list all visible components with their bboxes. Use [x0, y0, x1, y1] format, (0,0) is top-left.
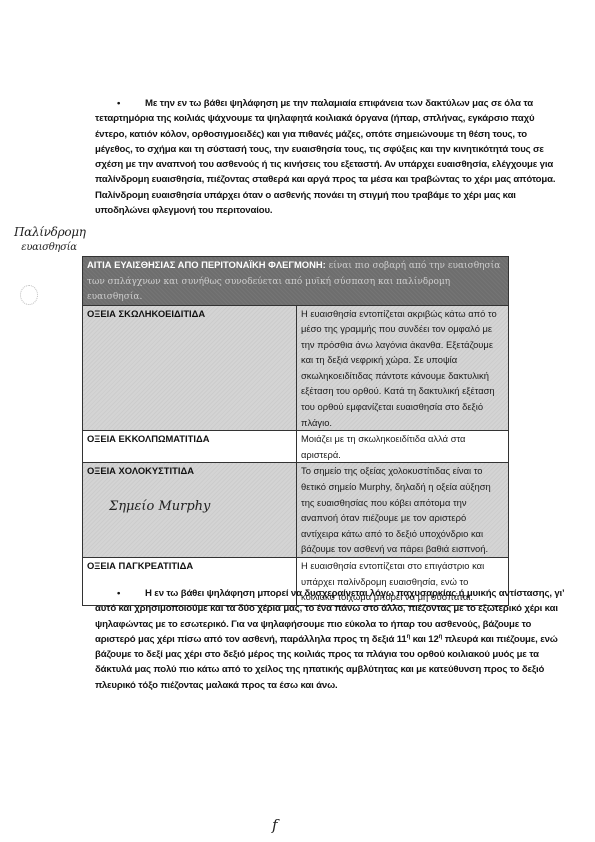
- punch-hole-mark: [20, 285, 38, 305]
- condition-name: ΟΞΕΙΑ ΧΟΛΟΚΥΣΤΙΤΙΔΑ: [87, 465, 194, 476]
- table-header-cell: ΑΙΤΙΑ ΕΥΑΙΣΘΗΣΙΑΣ ΑΠΟ ΠΕΡΙΤΟΝΑΪΚΗ ΦΛΕΓΜΟ…: [83, 257, 509, 306]
- table-header-title: ΑΙΤΙΑ ΕΥΑΙΣΘΗΣΙΑΣ ΑΠΟ ΠΕΡΙΤΟΝΑΪΚΗ ΦΛΕΓΜΟ…: [87, 259, 326, 270]
- paragraph-1-text: Με την εν τω βάθει ψηλάφηση με την παλαμ…: [95, 98, 555, 216]
- peritoneal-inflammation-table: ΑΙΤΙΑ ΕΥΑΙΣΘΗΣΙΑΣ ΑΠΟ ΠΕΡΙΤΟΝΑΪΚΗ ΦΛΕΓΜΟ…: [82, 256, 509, 606]
- margin-note-line-1: Παλίνδρομη: [14, 224, 84, 240]
- table-row: ΟΞΕΙΑ ΕΚΚΟΛΠΩΜΑΤΙΤΙΔΑ Μοιάζει με τη σκωλ…: [83, 431, 509, 463]
- table-row: ΟΞΕΙΑ ΣΚΩΛΗΚΟΕΙΔΙΤΙΔΑ Η ευαισθησία εντοπ…: [83, 305, 509, 431]
- palpation-paragraph-1: •Με την εν τω βάθει ψηλάφηση με την παλα…: [95, 96, 565, 218]
- condition-description: Το σημείο της οξείας χολοκυστίτιδας είνα…: [297, 463, 509, 558]
- handwritten-page-mark: f: [272, 816, 278, 834]
- condition-description: Η ευαισθησία εντοπίζεται ακριβώς κάτω απ…: [297, 305, 509, 431]
- palpation-paragraph-2: •Η εν τω βάθει ψηλάφηση μπορεί να δυσχερ…: [95, 586, 565, 693]
- handwritten-margin-note: Παλίνδρομη ευαισθησία: [14, 224, 84, 256]
- handwritten-murphy-note: Σημείο Murphy: [109, 499, 292, 515]
- bullet-icon: •: [95, 586, 145, 601]
- condition-name: ΟΞΕΙΑ ΕΚΚΟΛΠΩΜΑΤΙΤΙΔΑ: [83, 431, 297, 463]
- condition-name-cell: ΟΞΕΙΑ ΧΟΛΟΚΥΣΤΙΤΙΔΑ Σημείο Murphy: [83, 463, 297, 558]
- table-row: ΟΞΕΙΑ ΧΟΛΟΚΥΣΤΙΤΙΔΑ Σημείο Murphy Το σημ…: [83, 463, 509, 558]
- condition-description: Μοιάζει με τη σκωληκοειδίτιδα αλλά στα α…: [297, 431, 509, 463]
- margin-note-line-2: ευαισθησία: [14, 240, 84, 256]
- paragraph-2-text-b: και 12: [410, 634, 439, 645]
- condition-name: ΟΞΕΙΑ ΣΚΩΛΗΚΟΕΙΔΙΤΙΔΑ: [83, 305, 297, 431]
- table-header-row: ΑΙΤΙΑ ΕΥΑΙΣΘΗΣΙΑΣ ΑΠΟ ΠΕΡΙΤΟΝΑΪΚΗ ΦΛΕΓΜΟ…: [83, 257, 509, 306]
- bullet-icon: •: [95, 96, 145, 111]
